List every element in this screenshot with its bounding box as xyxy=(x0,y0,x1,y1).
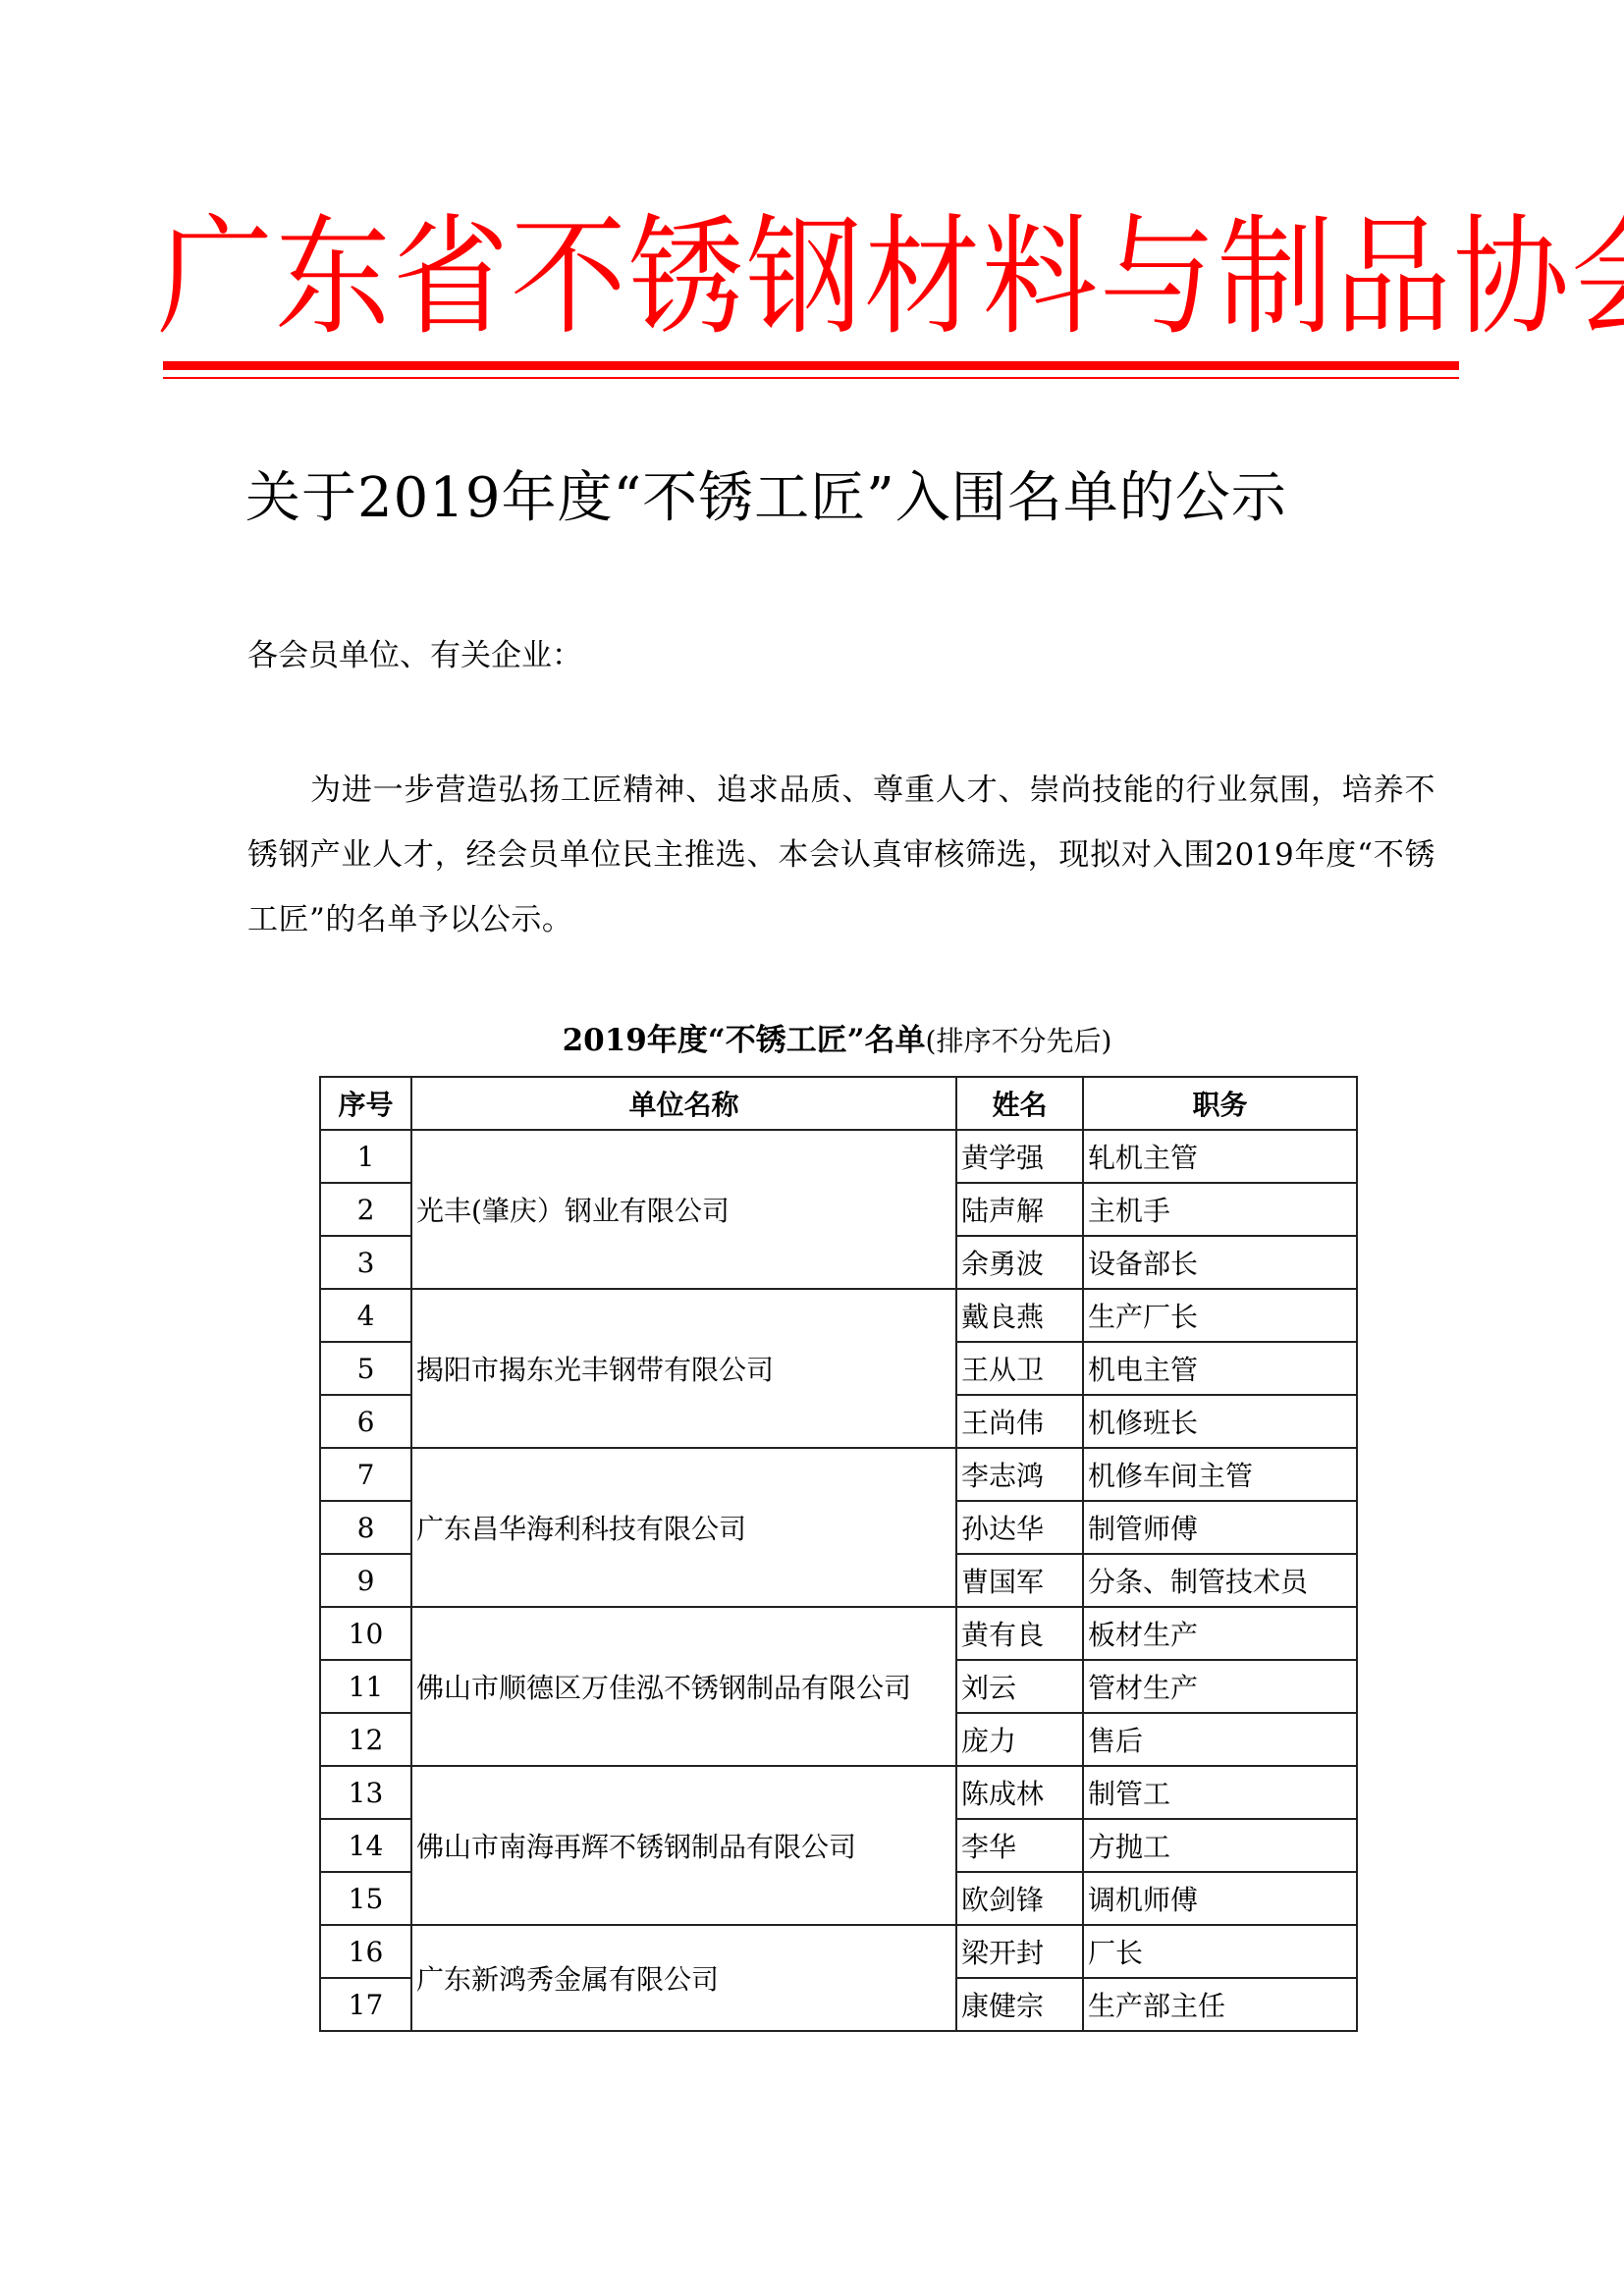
cell-unit: 揭阳市揭东光丰钢带有限公司 xyxy=(411,1289,956,1448)
cell-index: 3 xyxy=(320,1236,411,1289)
cell-name: 孙达华 xyxy=(956,1501,1083,1554)
cell-index: 5 xyxy=(320,1342,411,1395)
cell-role: 调机师傅 xyxy=(1083,1872,1357,1925)
cell-index: 8 xyxy=(320,1501,411,1554)
table-row: 4 揭阳市揭东光丰钢带有限公司 戴良燕 生产厂长 xyxy=(320,1289,1357,1342)
cell-name: 余勇波 xyxy=(956,1236,1083,1289)
cell-role: 制管工 xyxy=(1083,1766,1357,1819)
cell-role: 方抛工 xyxy=(1083,1819,1357,1872)
cell-name: 欧剑锋 xyxy=(956,1872,1083,1925)
cell-index: 6 xyxy=(320,1395,411,1448)
cell-role: 生产部主任 xyxy=(1083,1978,1357,2031)
cell-index: 13 xyxy=(320,1766,411,1819)
letterhead-rule-thick xyxy=(163,361,1459,370)
cell-unit: 佛山市顺德区万佳泓不锈钢制品有限公司 xyxy=(411,1607,956,1766)
header-index: 序号 xyxy=(320,1077,411,1130)
table-row: 13 佛山市南海再辉不锈钢制品有限公司 陈成林 制管工 xyxy=(320,1766,1357,1819)
cell-name: 王尚伟 xyxy=(956,1395,1083,1448)
cell-role: 分条、制管技术员 xyxy=(1083,1554,1357,1607)
cell-name: 黄学强 xyxy=(956,1130,1083,1183)
table-caption: 2019年度“不锈工匠”名单(排序不分先后) xyxy=(319,1019,1355,1063)
table-header-row: 序号 单位名称 姓名 职务 xyxy=(320,1077,1357,1130)
cell-index: 11 xyxy=(320,1660,411,1713)
table-row: 16 广东新鸿秀金属有限公司 梁开封 厂长 xyxy=(320,1925,1357,1978)
cell-role: 机电主管 xyxy=(1083,1342,1357,1395)
cell-name: 王从卫 xyxy=(956,1342,1083,1395)
cell-index: 9 xyxy=(320,1554,411,1607)
organization-name: 广东省不锈钢材料与制品协会 xyxy=(157,194,1473,359)
cell-name: 庞力 xyxy=(956,1713,1083,1766)
cell-index: 14 xyxy=(320,1819,411,1872)
cell-role: 售后 xyxy=(1083,1713,1357,1766)
table-row: 10 佛山市顺德区万佳泓不锈钢制品有限公司 黄有良 板材生产 xyxy=(320,1607,1357,1660)
cell-unit: 广东新鸿秀金属有限公司 xyxy=(411,1925,956,2031)
cell-role: 管材生产 xyxy=(1083,1660,1357,1713)
salutation: 各会员单位、有关企业： xyxy=(247,634,582,677)
cell-name: 李志鸿 xyxy=(956,1448,1083,1501)
cell-role: 板材生产 xyxy=(1083,1607,1357,1660)
header-unit: 单位名称 xyxy=(411,1077,956,1130)
cell-index: 7 xyxy=(320,1448,411,1501)
cell-unit: 光丰(肇庆）钢业有限公司 xyxy=(411,1130,956,1289)
cell-index: 17 xyxy=(320,1978,411,2031)
cell-name: 李华 xyxy=(956,1819,1083,1872)
cell-role: 主机手 xyxy=(1083,1183,1357,1236)
cell-index: 4 xyxy=(320,1289,411,1342)
table-row: 1 光丰(肇庆）钢业有限公司 黄学强 轧机主管 xyxy=(320,1130,1357,1183)
cell-role: 设备部长 xyxy=(1083,1236,1357,1289)
cell-index: 12 xyxy=(320,1713,411,1766)
notice-body: 为进一步营造弘扬工匠精神、追求品质、尊重人才、崇尚技能的行业氛围，培养不锈钢产业… xyxy=(247,758,1435,952)
cell-role: 轧机主管 xyxy=(1083,1130,1357,1183)
table-caption-main: 2019年度“不锈工匠”名单 xyxy=(563,1023,926,1058)
notice-title: 关于2019年度“不锈工匠”入围名单的公示 xyxy=(245,459,1473,538)
cell-index: 16 xyxy=(320,1925,411,1978)
cell-index: 2 xyxy=(320,1183,411,1236)
cell-unit: 佛山市南海再辉不锈钢制品有限公司 xyxy=(411,1766,956,1925)
cell-name: 陆声解 xyxy=(956,1183,1083,1236)
cell-role: 机修班长 xyxy=(1083,1395,1357,1448)
cell-role: 生产厂长 xyxy=(1083,1289,1357,1342)
header-role: 职务 xyxy=(1083,1077,1357,1130)
cell-name: 黄有良 xyxy=(956,1607,1083,1660)
cell-role: 厂长 xyxy=(1083,1925,1357,1978)
cell-role: 制管师傅 xyxy=(1083,1501,1357,1554)
header-name: 姓名 xyxy=(956,1077,1083,1130)
cell-name: 梁开封 xyxy=(956,1925,1083,1978)
table-row: 7 广东昌华海利科技有限公司 李志鸿 机修车间主管 xyxy=(320,1448,1357,1501)
cell-name: 康健宗 xyxy=(956,1978,1083,2031)
table-caption-note: (排序不分先后) xyxy=(926,1025,1112,1057)
cell-name: 戴良燕 xyxy=(956,1289,1083,1342)
cell-role: 机修车间主管 xyxy=(1083,1448,1357,1501)
letterhead-rule-thin xyxy=(163,377,1459,379)
cell-index: 10 xyxy=(320,1607,411,1660)
cell-index: 1 xyxy=(320,1130,411,1183)
cell-name: 刘云 xyxy=(956,1660,1083,1713)
roster-table: 序号 单位名称 姓名 职务 1 光丰(肇庆）钢业有限公司 黄学强 轧机主管 2 … xyxy=(319,1076,1358,2032)
cell-unit: 广东昌华海利科技有限公司 xyxy=(411,1448,956,1607)
cell-name: 曹国军 xyxy=(956,1554,1083,1607)
cell-name: 陈成林 xyxy=(956,1766,1083,1819)
cell-index: 15 xyxy=(320,1872,411,1925)
